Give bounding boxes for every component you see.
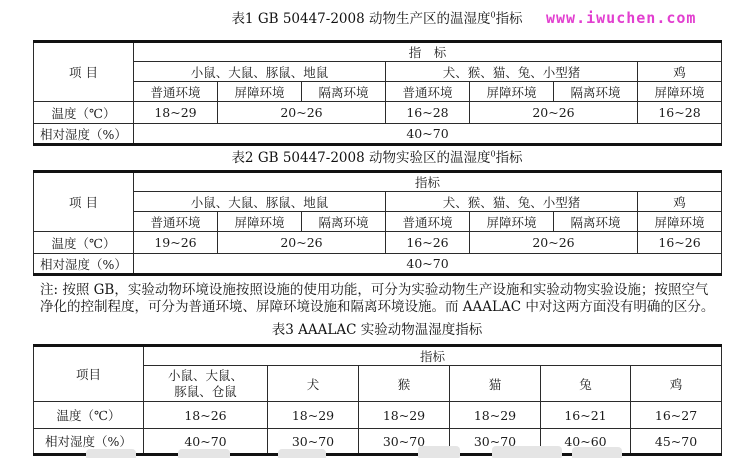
- temperature-value-cell: 16~21: [541, 402, 631, 429]
- table2-group-large-animals: 犬、猴、猫、兔、小型猪: [386, 192, 638, 212]
- env-header-cell: 普通环境: [386, 82, 470, 102]
- table-row: 普通环境 屏障环境 隔离环境 普通环境 屏障环境 隔离环境 屏障环境: [34, 82, 722, 102]
- temperature-value-cell: 16~26: [638, 232, 722, 254]
- temperature-value-cell: 20~26: [218, 232, 386, 254]
- species-rodents-label: 小鼠、大鼠、豚鼠、仓鼠: [165, 368, 247, 400]
- table1-production-area: 项 目 指 标 小鼠、大鼠、豚鼠、地鼠 犬、猴、猫、兔、小型猪 鸡 普通环境 屏…: [33, 40, 722, 146]
- table-row: 相对湿度（%） 40~70: [34, 124, 722, 145]
- table2-title-text: 表2 GB 50447-2008 动物实验区的温湿度: [231, 150, 490, 166]
- document-page: www.iwuchen.com 表1 GB 50447-2008 动物生产区的温…: [0, 0, 752, 458]
- scan-artifact: [278, 449, 326, 458]
- table3-title: 表3 AAALAC 实验动物温湿度指标: [33, 322, 721, 338]
- env-header-cell: 普通环境: [386, 212, 470, 232]
- table-row: 普通环境 屏障环境 隔离环境 普通环境 屏障环境 隔离环境 屏障环境: [34, 212, 722, 232]
- table-row: 相对湿度（%） 40~70: [34, 254, 722, 275]
- table1-group-large-animals: 犬、猴、猫、兔、小型猪: [386, 62, 638, 82]
- table-row: 小鼠、大鼠、豚鼠、地鼠 犬、猴、猫、兔、小型猪 鸡: [34, 192, 722, 212]
- temperature-row-label: 温度（℃）: [34, 232, 134, 254]
- env-header-cell: 屏障环境: [638, 212, 722, 232]
- temperature-value-cell: 20~26: [470, 232, 638, 254]
- table2-title-suffix: 指标: [496, 150, 523, 166]
- humidity-row-label: 相对湿度（%）: [34, 124, 134, 145]
- note-text: 注: 按照 GB，实验动物环境设施按照设施的使用功能，可分为实验动物生产设施和实…: [40, 282, 718, 315]
- table1-indicator-header: 指 标: [134, 42, 722, 62]
- temperature-value-cell: 18~29: [450, 402, 541, 429]
- env-header-cell: 普通环境: [134, 82, 218, 102]
- species-header-cell: 猫: [450, 366, 541, 402]
- species-header-cell: 鸡: [631, 366, 722, 402]
- table-row: 项 目 指 标: [34, 42, 722, 62]
- note-line-1: 注: 按照 GB，实验动物环境设施按照设施的使用功能，可分为实验动物生产设施和实…: [40, 282, 708, 298]
- env-header-cell: 隔离环境: [554, 82, 638, 102]
- species-header-cell: 兔: [541, 366, 631, 402]
- humidity-value-cell: 45~70: [631, 429, 722, 455]
- table1-title-text: 表1 GB 50447-2008 动物生产区的温湿度: [231, 11, 490, 27]
- table1-group-rodents: 小鼠、大鼠、豚鼠、地鼠: [134, 62, 386, 82]
- scan-artifact: [572, 447, 622, 458]
- temperature-value-cell: 20~26: [470, 102, 638, 124]
- table2-title: 表2 GB 50447-2008 动物实验区的温湿度0指标: [33, 150, 721, 166]
- temperature-value-cell: 20~26: [218, 102, 386, 124]
- table2-item-header: 项 目: [34, 172, 134, 232]
- env-header-cell: 屏障环境: [470, 212, 554, 232]
- scan-artifact: [418, 446, 460, 458]
- env-header-cell: 隔离环境: [302, 212, 386, 232]
- env-header-cell: 屏障环境: [638, 82, 722, 102]
- table-row: 小鼠、大鼠、豚鼠、地鼠 犬、猴、猫、兔、小型猪 鸡: [34, 62, 722, 82]
- table2-group-chicken: 鸡: [638, 192, 722, 212]
- env-header-cell: 屏障环境: [218, 212, 302, 232]
- scan-artifact: [86, 449, 136, 458]
- temperature-value-cell: 16~27: [631, 402, 722, 429]
- env-header-cell: 屏障环境: [470, 82, 554, 102]
- temperature-row-label: 温度（℃）: [34, 102, 134, 124]
- temperature-value-cell: 16~28: [386, 102, 470, 124]
- table-row: 项目 指标: [34, 346, 722, 366]
- table3-item-header: 项目: [34, 346, 144, 402]
- temperature-value-cell: 18~26: [144, 402, 268, 429]
- temperature-value-cell: 19~26: [134, 232, 218, 254]
- table2-indicator-header: 指标: [134, 172, 722, 192]
- temperature-value-cell: 16~28: [638, 102, 722, 124]
- table1-title: 表1 GB 50447-2008 动物生产区的温湿度0指标: [33, 11, 721, 27]
- table1-title-suffix: 指标: [496, 11, 523, 27]
- species-header-cell: 犬: [268, 366, 359, 402]
- table-row: 温度（℃） 19~26 20~26 16~26 20~26 16~26: [34, 232, 722, 254]
- temperature-value-cell: 18~29: [359, 402, 450, 429]
- temperature-value-cell: 18~29: [134, 102, 218, 124]
- env-header-cell: 普通环境: [134, 212, 218, 232]
- humidity-row-label: 相对湿度（%）: [34, 254, 134, 275]
- scan-artifact: [492, 446, 562, 458]
- temperature-value-cell: 18~29: [268, 402, 359, 429]
- env-header-cell: 隔离环境: [554, 212, 638, 232]
- humidity-value-cell: 40~70: [134, 124, 722, 145]
- table3-aaalac: 项目 指标 小鼠、大鼠、豚鼠、仓鼠 犬 猴 猫 兔 鸡 温度（℃） 18~26 …: [33, 344, 722, 456]
- table3-indicator-header: 指标: [144, 346, 722, 366]
- env-header-cell: 隔离环境: [302, 82, 386, 102]
- table-row: 温度（℃） 18~26 18~29 18~29 18~29 16~21 16~2…: [34, 402, 722, 429]
- humidity-value-cell: 40~70: [134, 254, 722, 275]
- env-header-cell: 屏障环境: [218, 82, 302, 102]
- table2-group-rodents: 小鼠、大鼠、豚鼠、地鼠: [134, 192, 386, 212]
- species-header-cell: 小鼠、大鼠、豚鼠、仓鼠: [144, 366, 268, 402]
- table2-experiment-area: 项 目 指标 小鼠、大鼠、豚鼠、地鼠 犬、猴、猫、兔、小型猪 鸡 普通环境 屏障…: [33, 170, 722, 276]
- note-line-2: 净化的控制程度，可分为普通环境、屏障环境设施和隔离环境设施。而 AAALAC 中…: [40, 299, 714, 315]
- table-row: 温度（℃） 18~29 20~26 16~28 20~26 16~28: [34, 102, 722, 124]
- temperature-value-cell: 16~26: [386, 232, 470, 254]
- table1-item-header: 项 目: [34, 42, 134, 102]
- temperature-row-label: 温度（℃）: [34, 402, 144, 429]
- table-row: 项 目 指标: [34, 172, 722, 192]
- scan-artifact: [178, 449, 230, 458]
- species-header-cell: 猴: [359, 366, 450, 402]
- table1-group-chicken: 鸡: [638, 62, 722, 82]
